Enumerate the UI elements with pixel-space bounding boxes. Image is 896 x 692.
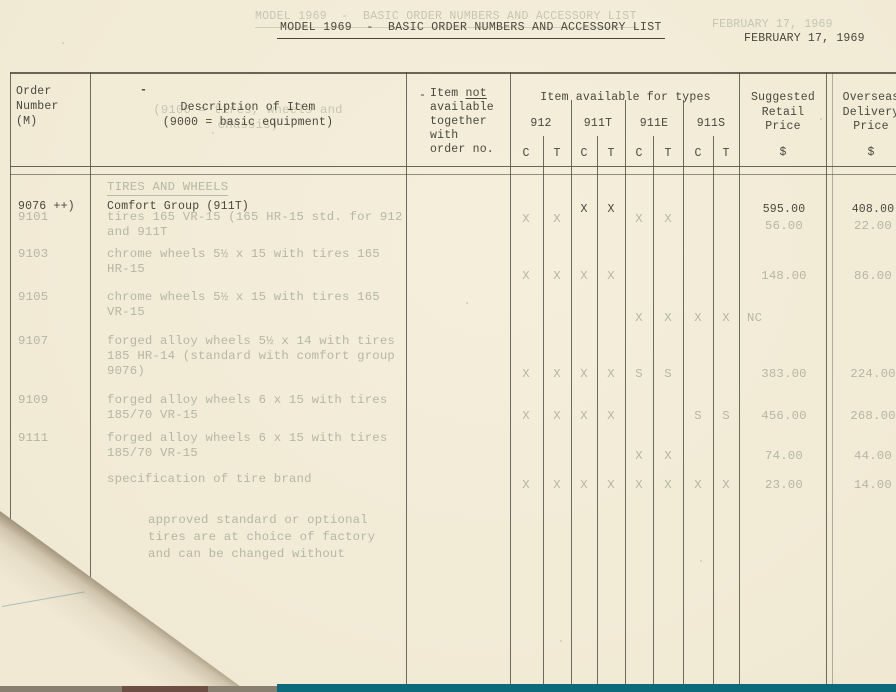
col-divider-911t-911e [625, 100, 626, 684]
header-type-911s: 911S [686, 116, 736, 131]
retail-price: 383.00 [742, 367, 826, 382]
section-heading-text: TIRES AND WHEELS [107, 180, 228, 196]
header-order-number: Order Number (M) [16, 84, 59, 129]
availability-mark: X [688, 311, 708, 326]
availability-mark: X [547, 478, 567, 493]
retail-price: 148.00 [742, 269, 826, 284]
scanned-document-page: MODEL 1969 - BASIC ORDER NUMBERS AND ACC… [0, 0, 896, 692]
dash-mark-left: - [140, 83, 147, 98]
availability-mark: S [658, 367, 678, 382]
paper-speckle [212, 132, 214, 134]
header-not-available: Item not available together with order n… [430, 87, 494, 157]
header-na-not: not [466, 87, 487, 100]
availability-mark: X [574, 269, 594, 284]
availability-mark: X [629, 478, 649, 493]
item-description: forged alloy wheels 5½ x 14 with tires 1… [107, 334, 407, 379]
availability-mark: X [516, 269, 536, 284]
header-ct-911tt: T [601, 146, 621, 161]
retail-price: 456.00 [742, 409, 826, 424]
availability-mark: X [574, 478, 594, 493]
header-type-911t: 911T [573, 116, 623, 131]
col-divider-912-911t [571, 100, 572, 684]
availability-mark: X [601, 367, 621, 382]
availability-mark: X [688, 478, 708, 493]
header-types-heading: Item available for types [512, 90, 739, 105]
section-heading-ghost: TIRES AND WHEELS [107, 180, 228, 195]
ct-divider-911s [713, 136, 714, 684]
availability-mark: X [516, 212, 536, 227]
availability-mark: X [516, 367, 536, 382]
date-ghost: FEBRUARY 17, 1969 [712, 17, 833, 32]
availability-mark: X [601, 409, 621, 424]
retail-price: 56.00 [742, 219, 826, 234]
availability-mark: X [601, 269, 621, 284]
item-description: chrome wheels 5½ x 15 with tires 165 VR-… [107, 290, 407, 320]
scan-edge-bar-teal [277, 684, 896, 692]
paper-speckle [560, 640, 562, 642]
col-divider-retail-overseas [826, 72, 827, 684]
overseas-price: 268.00 [830, 409, 896, 424]
availability-mark: X [716, 311, 736, 326]
header-ct-912t: T [547, 146, 567, 161]
ct-divider-911e [653, 136, 654, 684]
item-description: forged alloy wheels 6 x 15 with tires 18… [107, 393, 407, 423]
availability-mark: X [547, 212, 567, 227]
col-divider-types-retail [739, 72, 740, 684]
ct-divider-911t [597, 136, 598, 684]
header-type-912: 912 [516, 116, 566, 131]
header-ct-911et: T [658, 146, 678, 161]
page-title: MODEL 1969 - BASIC ORDER NUMBERS AND ACC… [277, 20, 665, 39]
header-na-item: Item [430, 87, 466, 100]
retail-price: 595.00 [742, 202, 826, 217]
header-ct-911st: T [716, 146, 736, 161]
header-na-rest: available together with order no. [430, 101, 494, 157]
availability-mark: S [629, 367, 649, 382]
paper-speckle [700, 560, 702, 562]
availability-mark: X [547, 409, 567, 424]
availability-mark: S [688, 409, 708, 424]
availability-mark: X [574, 367, 594, 382]
availability-mark: S [716, 409, 736, 424]
paper-speckle [466, 302, 468, 304]
paper-speckle [62, 42, 64, 44]
availability-mark: X [629, 449, 649, 464]
header-overseas-price: Overseas Delivery Price [828, 91, 896, 135]
footnote-ghost: approved standard or optional tires are … [148, 512, 375, 563]
header-description: Description of Item (9000 = basic equipm… [92, 100, 404, 130]
header-ct-911ec: C [629, 146, 649, 161]
overseas-price: 86.00 [830, 269, 896, 284]
order-number: 9103 [18, 247, 98, 262]
retail-price: 23.00 [742, 478, 826, 493]
col-divider-911e-911s [683, 100, 684, 684]
availability-mark: X [629, 212, 649, 227]
overseas-price: 44.00 [830, 449, 896, 464]
availability-mark: X [601, 202, 621, 217]
ct-divider-912 [543, 136, 544, 684]
availability-mark: X [658, 478, 678, 493]
header-ct-911sc: C [688, 146, 708, 161]
availability-mark: X [516, 478, 536, 493]
header-overseas-currency: $ [828, 145, 896, 160]
header-bottom-rule-2 [10, 174, 896, 175]
header-type-911e: 911E [629, 116, 679, 131]
order-number: 9101 [18, 210, 98, 225]
overseas-price: 14.00 [830, 478, 896, 493]
header-ct-911tc: C [574, 146, 594, 161]
availability-mark: X [629, 311, 649, 326]
item-description: forged alloy wheels 6 x 15 with tires 18… [107, 431, 407, 461]
order-number: 9107 [18, 334, 98, 349]
availability-mark: X [516, 409, 536, 424]
availability-mark: X [574, 409, 594, 424]
header-retail-currency: $ [740, 145, 826, 160]
retail-price: NC [742, 311, 831, 326]
availability-mark: X [601, 478, 621, 493]
paper-speckle [820, 118, 822, 120]
availability-mark: X [658, 212, 678, 227]
availability-mark: X [658, 311, 678, 326]
table-top-rule [10, 72, 896, 74]
order-number: 9105 [18, 290, 98, 305]
availability-mark: X [716, 478, 736, 493]
order-number: 9109 [18, 393, 98, 408]
overseas-price: 22.00 [830, 219, 896, 234]
overseas-price: 408.00 [830, 202, 896, 217]
date: FEBRUARY 17, 1969 [744, 31, 865, 46]
overseas-price: 224.00 [830, 367, 896, 382]
col-divider-notavail [510, 72, 511, 684]
item-description: specification of tire brand [107, 472, 407, 487]
availability-mark: X [574, 202, 594, 217]
item-description: tires 165 VR-15 (165 HR-15 std. for 912 … [107, 210, 407, 240]
item-description: chrome wheels 5½ x 15 with tires 165 HR-… [107, 247, 407, 277]
order-number: 9111 [18, 431, 98, 446]
availability-mark: X [547, 367, 567, 382]
availability-mark: X [658, 449, 678, 464]
header-retail-price: Suggested Retail Price [740, 91, 826, 135]
dash-mark-notavail: - [419, 88, 426, 103]
header-ct-912c: C [516, 146, 536, 161]
retail-price: 74.00 [742, 449, 826, 464]
availability-mark: X [547, 269, 567, 284]
header-bottom-rule [10, 166, 896, 167]
scan-edge-bar-brown [122, 686, 208, 692]
